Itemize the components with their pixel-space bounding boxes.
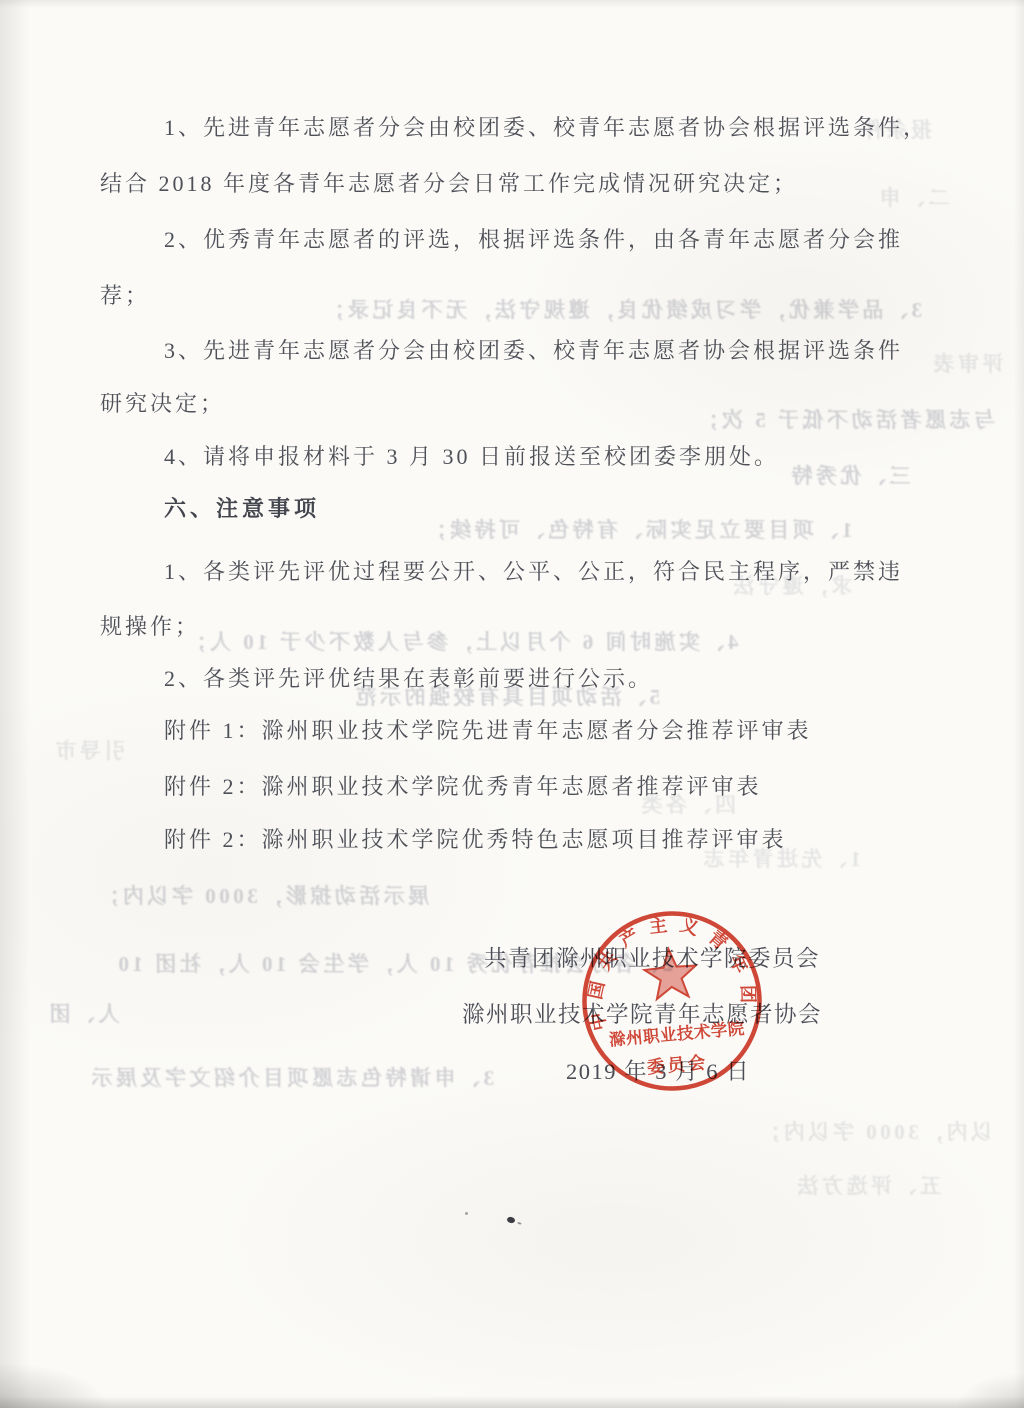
bleedthrough-line: 五、评选方法 [794, 1170, 941, 1200]
bleedthrough-line: 展示活动掠影，3000 字以内； [95, 880, 429, 910]
scan-edge-shadow [1014, 0, 1024, 1408]
bleedthrough-line: 报条件 [858, 114, 932, 144]
bleedthrough-line: 5、活动项目具有较强的示范 [352, 681, 660, 711]
body-line: 2、优秀青年志愿者的评选，根据评选条件，由各青年志愿者分会推 [100, 225, 1024, 255]
scanned-document-page: 报条件 二、申 3、品学兼优，学习成绩优良，遵规守法，无不良记录； 评审表 与志… [0, 0, 1024, 1408]
bleedthrough-line: 引导市 [52, 735, 126, 765]
bleedthrough-line: 4、实施时间 6 个月以上，参与人数不少于 10 人； [182, 626, 739, 656]
bleedthrough-line: 人、团 [46, 998, 120, 1028]
ink-speck [506, 1216, 515, 1224]
scan-edge-shadow [0, 0, 30, 1408]
bleedthrough-line: 三、优秀特 [788, 460, 911, 490]
body-line: 结合 2018 年度各青年志愿者分会日常工作完成情况研究决定； [100, 169, 960, 199]
bleedthrough-line: 评审表 [930, 348, 1004, 378]
scan-corner-shadow [954, 1372, 1024, 1408]
official-seal: 中国共产主义青年团 滁州职业技术学院 委员会 [575, 905, 767, 1097]
bleedthrough-line: 3、申请特色志愿项目介绍文字及展示 [88, 1062, 494, 1092]
attachment-line: 附件 2：滁州职业技术学院优秀青年志愿者推荐评审表 [100, 772, 1024, 802]
bleedthrough-line: 求，遵守法 [730, 570, 853, 600]
star-icon [643, 947, 698, 1000]
seal-org-name: 滁州职业技术学院 [608, 1018, 745, 1050]
scan-corner-shadow [0, 1362, 110, 1408]
body-line: 1、各类评先评优过程要公开、公平、公正，符合民主程序，严禁违 [100, 557, 1024, 587]
bleedthrough-line: 以内，3000 字以内； [756, 1116, 992, 1146]
bleedthrough-line: 四、各类 [638, 789, 736, 819]
scan-edge-shadow [0, 1396, 1024, 1408]
bleedthrough-line: 二、申 [876, 182, 950, 212]
bleedthrough-line: 1、项目要立足实际、有特色、可持续； [422, 514, 853, 544]
bleedthrough-line: 1、先进青年志 [700, 843, 861, 873]
attachment-line: 附件 1：滁州职业技术学院先进青年志愿者分会推荐评审表 [100, 716, 1024, 746]
bleedthrough-line: 与志愿者活动不低于 5 次； [694, 404, 995, 434]
bleedthrough-line: 3、品学兼优，学习成绩优良，遵规守法，无不良记录； [320, 294, 922, 324]
seal-committee-label: 委员会 [646, 1052, 709, 1077]
attachment-line: 附件 2：滁州职业技术学院优秀特色志愿项目推荐评审表 [100, 825, 1024, 855]
body-line: 3、先进青年志愿者分会由校团委、校青年志愿者协会根据评选条件 [100, 336, 1024, 366]
ink-speck [465, 1212, 468, 1215]
scan-edge-shadow [0, 0, 1024, 8]
